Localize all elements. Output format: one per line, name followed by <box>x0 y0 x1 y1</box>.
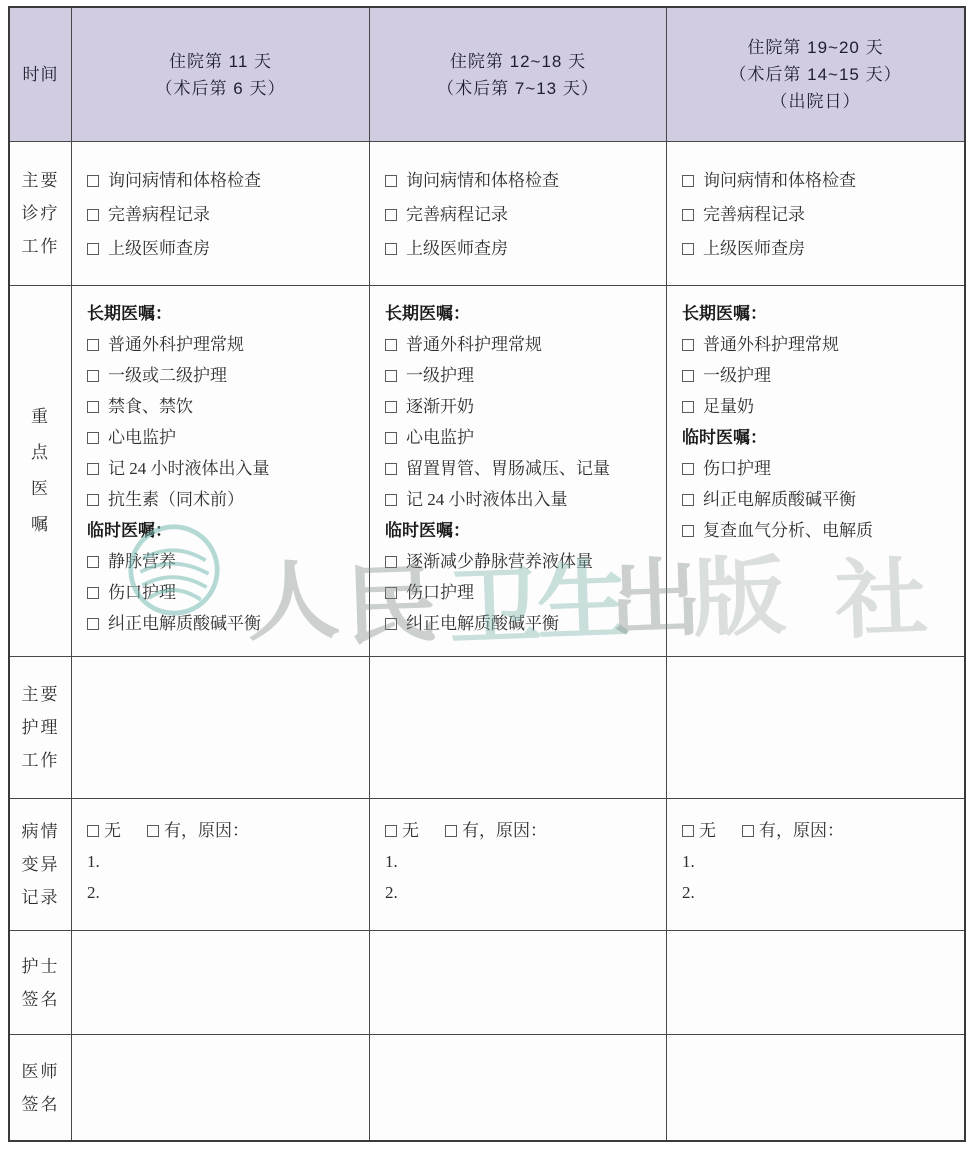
nurse-signature-day19-20-empty <box>667 931 964 1035</box>
header-time: 时间 <box>10 8 72 142</box>
key-orders-day19-20: 长期医嘱： 普通外科护理常规 一级护理 足量奶 临时医嘱： 伤口护理 纠正电解质… <box>667 286 964 657</box>
checkbox-icon <box>385 209 397 221</box>
checkbox-icon <box>87 825 99 837</box>
checkbox-icon <box>682 463 694 475</box>
checkbox-icon <box>385 825 397 837</box>
checkbox-icon <box>87 432 99 444</box>
checkbox-icon <box>682 494 694 506</box>
checkbox-icon <box>682 525 694 537</box>
checkbox-icon <box>87 339 99 351</box>
checkbox-icon <box>87 175 99 187</box>
checkbox-icon <box>87 243 99 255</box>
nursing-work-day19-20-empty <box>667 657 964 799</box>
checkbox-icon <box>385 243 397 255</box>
physician-signature-day12-18-empty <box>370 1035 667 1140</box>
checkbox-icon <box>87 587 99 599</box>
row-label-variation-record: 病情 变异 记录 <box>10 799 72 931</box>
checkbox-icon <box>87 209 99 221</box>
nurse-signature-day11-empty <box>72 931 370 1035</box>
checkbox-icon <box>385 370 397 382</box>
checkbox-icon <box>87 463 99 475</box>
key-orders-day12-18: 长期医嘱： 普通外科护理常规 一级护理 逐渐开奶 心电监护 留置胃管、胃肠减压、… <box>370 286 667 657</box>
checkbox-icon <box>87 556 99 568</box>
header-day11: 住院第 11 天 （术后第 6 天） <box>72 8 370 142</box>
header-day19-20: 住院第 19~20 天 （术后第 14~15 天） （出院日） <box>667 8 964 142</box>
checkbox-icon <box>87 494 99 506</box>
row-label-main-care-work: 主要 诊疗 工作 <box>10 142 72 286</box>
key-orders-day11: 长期医嘱： 普通外科护理常规 一级或二级护理 禁食、禁饮 心电监护 记 24 小… <box>72 286 370 657</box>
physician-signature-day11-empty <box>72 1035 370 1140</box>
variation-record-day11: 无有，原因： 1. 2. <box>72 799 370 931</box>
checkbox-icon <box>682 339 694 351</box>
row-label-physician-signature: 医师 签名 <box>10 1035 72 1140</box>
nurse-signature-day12-18-empty <box>370 931 667 1035</box>
diagnosis-work-day12-18: 询问病情和体格检查 完善病程记录 上级医师查房 <box>370 142 667 286</box>
diagnosis-work-day19-20: 询问病情和体格检查 完善病程记录 上级医师查房 <box>667 142 964 286</box>
header-day12-18: 住院第 12~18 天 （术后第 7~13 天） <box>370 8 667 142</box>
header-time-label: 时间 <box>23 61 59 88</box>
row-label-nurse-signature: 护士 签名 <box>10 931 72 1035</box>
row-label-main-nursing-work: 主要 护理 工作 <box>10 657 72 799</box>
checkbox-icon <box>682 825 694 837</box>
checkbox-icon <box>445 825 457 837</box>
diagnosis-work-day11: 询问病情和体格检查 完善病程记录 上级医师查房 <box>72 142 370 286</box>
checkbox-icon <box>385 494 397 506</box>
row-label-key-orders: 重 点 医 嘱 <box>10 286 72 657</box>
checkbox-icon <box>385 556 397 568</box>
nursing-work-day12-18-empty <box>370 657 667 799</box>
checkbox-icon <box>682 209 694 221</box>
checkbox-icon <box>385 463 397 475</box>
checkbox-icon <box>385 618 397 630</box>
physician-signature-day19-20-empty <box>667 1035 964 1140</box>
checkbox-icon <box>742 825 754 837</box>
clinical-pathway-table: 时间 住院第 11 天 （术后第 6 天） 住院第 12~18 天 （术后第 7… <box>8 6 966 1142</box>
checkbox-icon <box>682 370 694 382</box>
checkbox-icon <box>385 339 397 351</box>
checkbox-icon <box>147 825 159 837</box>
checkbox-icon <box>682 175 694 187</box>
variation-record-day12-18: 无有，原因： 1. 2. <box>370 799 667 931</box>
checkbox-icon <box>385 587 397 599</box>
checkbox-icon <box>385 401 397 413</box>
checkbox-icon <box>385 432 397 444</box>
variation-record-day19-20: 无有，原因： 1. 2. <box>667 799 964 931</box>
checkbox-icon <box>87 370 99 382</box>
nursing-work-day11-empty <box>72 657 370 799</box>
checkbox-icon <box>385 175 397 187</box>
checkbox-icon <box>87 401 99 413</box>
checkbox-icon <box>682 243 694 255</box>
checkbox-icon <box>682 401 694 413</box>
checkbox-icon <box>87 618 99 630</box>
